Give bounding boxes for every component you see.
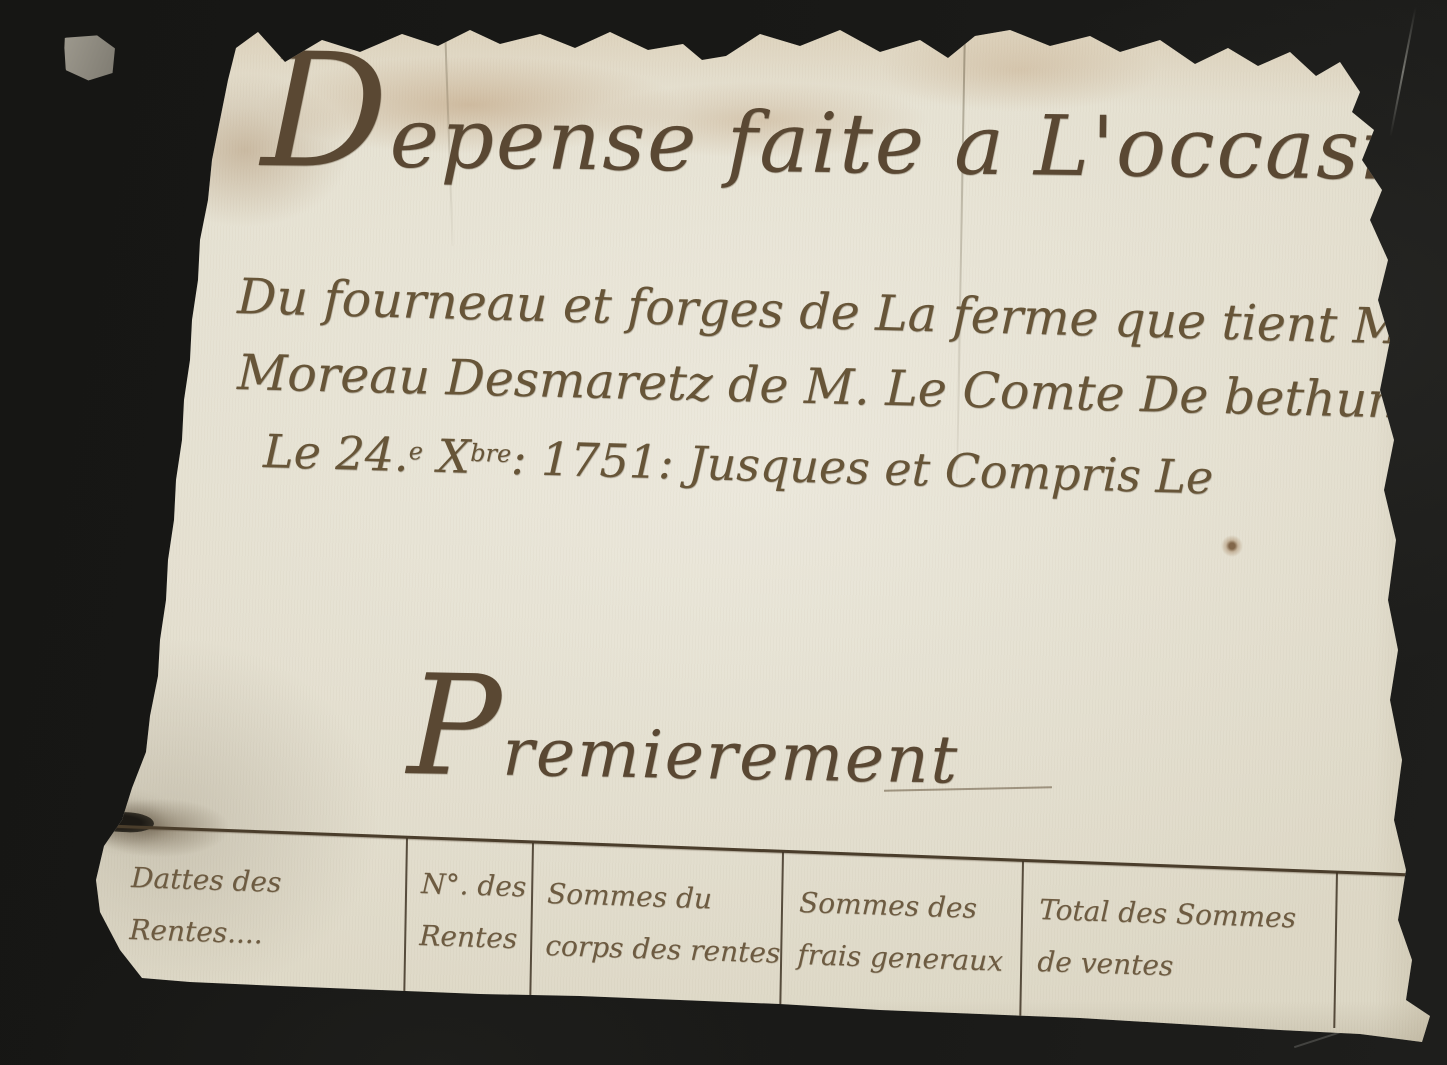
table-header-sommes-du-corps: Sommes du corps des rentes	[545, 868, 783, 980]
table-column-line	[403, 838, 408, 996]
manuscript-line-1: Du fourneau et forges de La ferme que ti…	[237, 268, 1432, 356]
paper-scrap-fragment	[61, 30, 120, 84]
header-line: Dattes des	[130, 852, 282, 909]
header-line: frais generaux	[797, 929, 1004, 988]
date-suffix: : 1751: Jusques et Compris Le	[510, 431, 1214, 505]
manuscript-line-1-superscript: r	[1418, 308, 1431, 338]
header-line: de ventes	[1037, 936, 1296, 996]
section-heading: Premierement	[407, 712, 960, 799]
table-header-total-des-sommes: Total des Sommes de ventes	[1037, 884, 1297, 996]
table-header-dattes-des-rentes: Dattes des Rentes....	[129, 852, 283, 961]
date-prefix: Le 24.	[262, 424, 409, 482]
date-month: X	[422, 428, 471, 483]
manuscript-line-1-text: Du fourneau et forges de La ferme que ti…	[237, 268, 1420, 356]
date-month-superscript: bre	[470, 439, 512, 468]
ink-blot	[92, 810, 155, 833]
table-column-line	[529, 843, 534, 1001]
header-line: corps des rentes	[545, 920, 782, 980]
table-column-line	[1019, 861, 1024, 1019]
table-header-numero-des-rentes: N°. des Rentes	[419, 858, 528, 965]
background-scratch	[1389, 7, 1416, 137]
date-day-superscript: e	[408, 437, 423, 465]
manuscript-page: Depense faite a L'occasion Du fourneau e…	[0, 0, 1447, 1065]
header-line: Rentes	[419, 910, 526, 965]
table-column-line	[1333, 872, 1338, 1028]
table-header-sommes-des-frais: Sommes des frais generaux	[797, 877, 1006, 988]
manuscript-line-2: Moreau Desmaretz de M. Le Comte De bethu…	[237, 344, 1447, 434]
header-line: Rentes....	[129, 904, 281, 961]
manuscript-date-line: Le 24.e Xbre: 1751: Jusques et Compris L…	[262, 424, 1214, 505]
header-line: N°. des	[420, 858, 527, 913]
table-top-rule	[95, 824, 1447, 878]
photo-background: Depense faite a L'occasion Du fourneau e…	[0, 0, 1447, 1065]
header-line: Total des Sommes	[1038, 884, 1297, 944]
manuscript-title: Depense faite a L'occasion	[261, 88, 1447, 200]
header-line: Sommes du	[546, 868, 783, 928]
header-line: Sommes des	[798, 877, 1005, 936]
